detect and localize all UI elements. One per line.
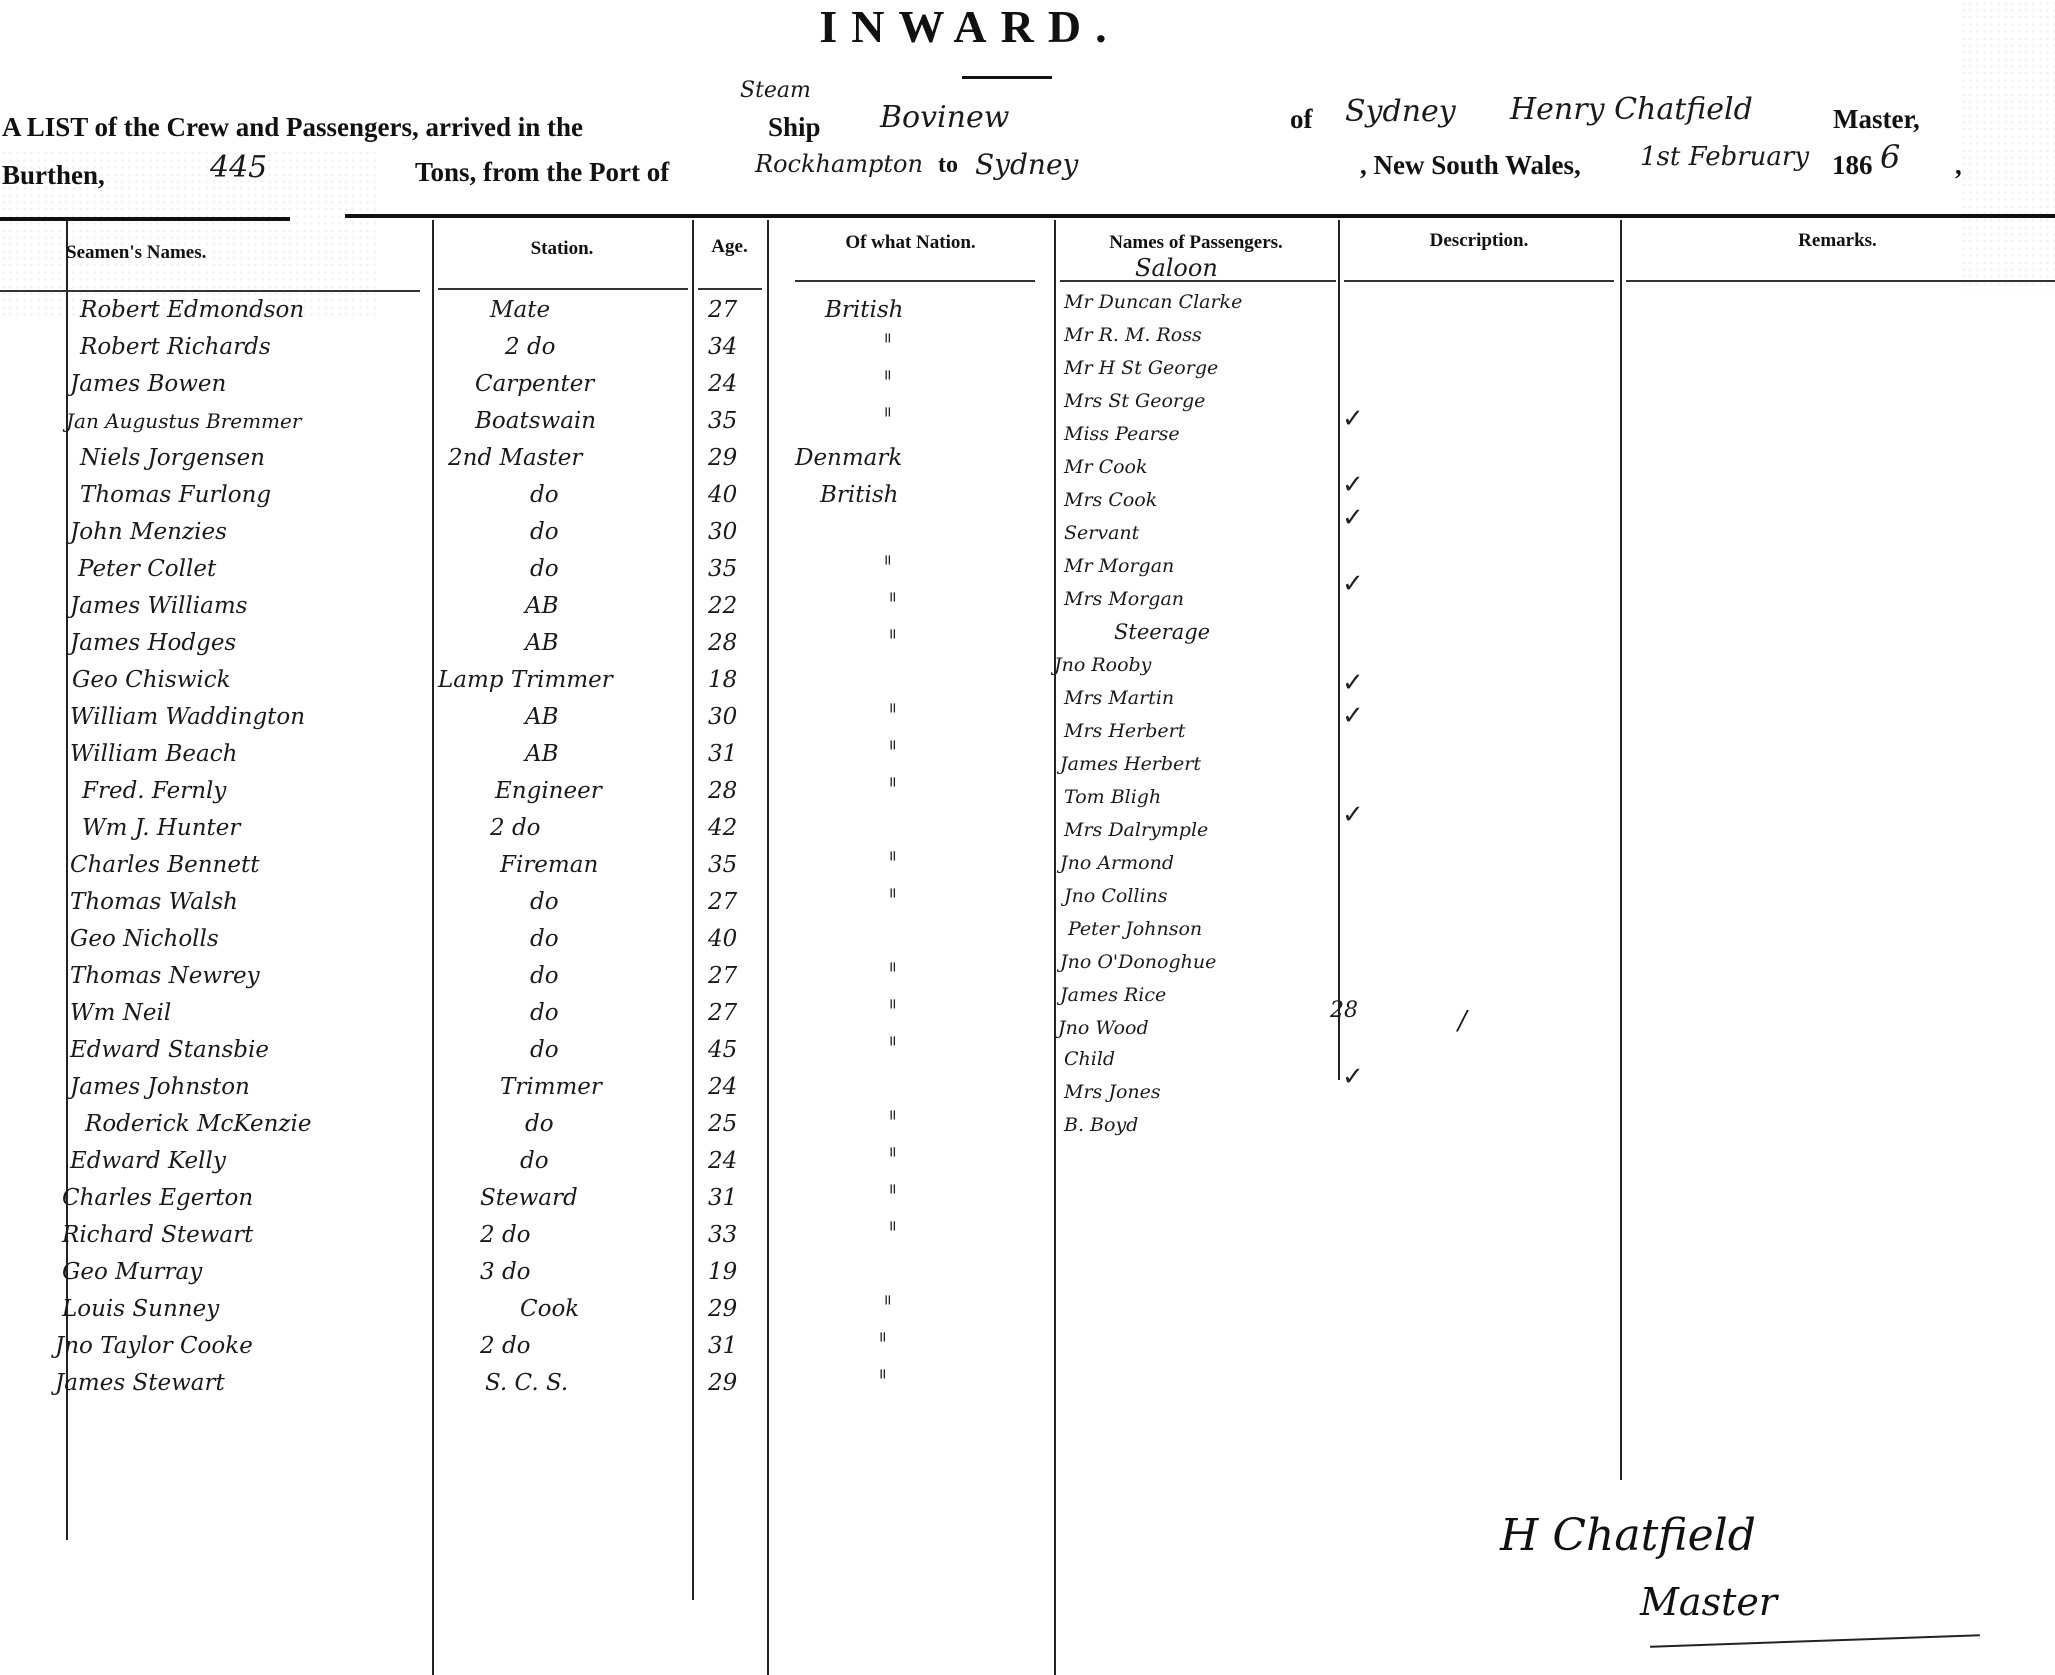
- of-label: of: [1290, 104, 1313, 135]
- column-header-passengers: Names of Passengers.: [1054, 232, 1338, 254]
- seaman-age: 24: [708, 1143, 737, 1180]
- passenger-name: Jno Rooby: [1054, 649, 1151, 682]
- seaman-nation-ditto: ": [884, 1291, 892, 1328]
- seaman-station: do: [530, 1032, 559, 1069]
- seaman-age: 22: [708, 588, 737, 625]
- seaman-age: 45: [708, 1032, 737, 1069]
- year-handwritten: 6: [1880, 138, 1900, 176]
- seaman-age: 27: [708, 958, 737, 995]
- passenger-name: Mr Duncan Clarke: [1064, 286, 1242, 319]
- seaman-name: James Stewart: [55, 1365, 225, 1402]
- seaman-age: 19: [708, 1254, 737, 1291]
- passenger-name: B. Boyd: [1064, 1109, 1138, 1142]
- passenger-section-saloon: Saloon: [1135, 254, 1218, 282]
- year-printed: 186: [1832, 150, 1873, 181]
- master-signature: H Chatfield: [1500, 1510, 1756, 1561]
- seaman-nation-ditto: ": [889, 1032, 897, 1069]
- seaman-station: Carpenter: [475, 366, 594, 403]
- seaman-nation-ditto: ": [889, 625, 897, 662]
- port-from: Rockhampton: [755, 150, 923, 178]
- master-label: Master,: [1833, 104, 1920, 135]
- seaman-age: 35: [708, 403, 737, 440]
- passenger-name: Jno O'Donoghue: [1060, 946, 1216, 979]
- seaman-age: 31: [708, 736, 737, 773]
- seaman-nation-ditto: ": [884, 329, 892, 366]
- title-underline: [962, 76, 1052, 79]
- seaman-age: 35: [708, 847, 737, 884]
- seaman-nation-ditto: ": [889, 1180, 897, 1217]
- seaman-station: do: [530, 958, 559, 995]
- check-mark-icon: ✓: [1342, 404, 1364, 434]
- seaman-station: do: [530, 551, 559, 588]
- seaman-name: Niels Jorgensen: [80, 440, 265, 477]
- column-header-seamen: Seamen's Names.: [66, 242, 246, 264]
- seaman-age: 40: [708, 477, 737, 514]
- seaman-name: Wm Neil: [70, 995, 171, 1032]
- seaman-name: James Hodges: [70, 625, 236, 662]
- seaman-name: Charles Egerton: [62, 1180, 253, 1217]
- column-line-remarks: [1620, 220, 1622, 1480]
- check-mark-icon: ✓: [1342, 668, 1364, 698]
- ship-of-port: Sydney: [1345, 94, 1456, 129]
- seaman-station: do: [525, 1106, 554, 1143]
- seaman-station: Steward: [480, 1180, 578, 1217]
- passenger-name: Mrs Cook: [1064, 484, 1157, 517]
- seaman-age: 30: [708, 514, 737, 551]
- seaman-name: James Bowen: [70, 366, 226, 403]
- passenger-name: Mrs Morgan: [1064, 583, 1184, 616]
- passenger-name: Jno Collins: [1064, 880, 1168, 913]
- passenger-name: Tom Bligh: [1064, 781, 1161, 814]
- seaman-name: Geo Nicholls: [70, 921, 219, 958]
- subheader-rule-nation: [795, 280, 1035, 282]
- seaman-nation-ditto: ": [889, 847, 897, 884]
- seaman-nation-ditto: ": [884, 403, 892, 440]
- check-mark-icon: ✓: [1342, 503, 1364, 533]
- seaman-station: 2 do: [480, 1328, 531, 1365]
- check-mark-icon: ✓: [1342, 800, 1364, 830]
- check-mark-icon: ✓: [1342, 1062, 1364, 1092]
- passenger-name: Mr H St George: [1064, 352, 1218, 385]
- seaman-age: 31: [708, 1328, 737, 1365]
- seaman-nation-ditto: ": [884, 366, 892, 403]
- seaman-station: 2 do: [490, 810, 541, 847]
- seaman-station: Fireman: [500, 847, 598, 884]
- seaman-station: Lamp Trimmer: [438, 662, 613, 699]
- seaman-name: Geo Murray: [62, 1254, 202, 1291]
- seaman-name: Jan Augustus Bremmer: [66, 403, 301, 440]
- header-rule: [345, 214, 2055, 218]
- seaman-name: William Waddington: [70, 699, 305, 736]
- seaman-age: 27: [708, 292, 737, 329]
- seaman-age: 24: [708, 1069, 737, 1106]
- tons-from-port-label: Tons, from the Port of: [415, 157, 669, 188]
- seaman-nation: British: [820, 477, 898, 514]
- seaman-name: Thomas Furlong: [80, 477, 271, 514]
- seaman-station: 2 do: [505, 329, 556, 366]
- seaman-age: 33: [708, 1217, 737, 1254]
- seaman-station: AB: [525, 736, 559, 773]
- seaman-nation-ditto: ": [889, 773, 897, 810]
- seaman-station: 2 do: [480, 1217, 531, 1254]
- seaman-name: Geo Chiswick: [72, 662, 231, 699]
- passenger-name: Jno Armond: [1060, 847, 1174, 880]
- seaman-name: Roderick McKenzie: [85, 1106, 312, 1143]
- seaman-name: Charles Bennett: [70, 847, 259, 884]
- nsw-label: , New South Wales,: [1360, 150, 1581, 181]
- seaman-name: Thomas Walsh: [70, 884, 238, 921]
- to-label: to: [938, 152, 958, 179]
- seaman-station: AB: [525, 699, 559, 736]
- seaman-name: William Beach: [70, 736, 237, 773]
- seaman-age: 27: [708, 884, 737, 921]
- seaman-age: 28: [708, 625, 737, 662]
- seaman-nation: British: [825, 292, 903, 329]
- seaman-station: Boatswain: [475, 403, 596, 440]
- seaman-nation-ditto: ": [889, 1143, 897, 1180]
- description-stroke: /: [1458, 1006, 1467, 1036]
- seaman-station: do: [530, 995, 559, 1032]
- seaman-age: 25: [708, 1106, 737, 1143]
- seaman-name: Robert Richards: [80, 329, 271, 366]
- seaman-age: 29: [708, 440, 737, 477]
- seaman-age: 42: [708, 810, 737, 847]
- seaman-name: Edward Stansbie: [70, 1032, 269, 1069]
- seaman-station: Mate: [490, 292, 550, 329]
- seaman-nation-ditto: ": [889, 699, 897, 736]
- ship-name: Bovinew: [880, 100, 1009, 135]
- seaman-nation: Denmark: [795, 440, 902, 477]
- seaman-station: Trimmer: [500, 1069, 602, 1106]
- seaman-nation-ditto: ": [879, 1328, 887, 1365]
- seaman-name: John Menzies: [70, 514, 227, 551]
- passenger-name: Servant: [1064, 517, 1139, 550]
- subheader-rule-station: [438, 288, 688, 290]
- seaman-station: S. C. S.: [485, 1365, 568, 1402]
- master-name: Henry Chatfield: [1510, 92, 1753, 127]
- passenger-name: Jno Wood: [1058, 1012, 1149, 1045]
- subheader-rule-passengers: [1060, 280, 1336, 282]
- seaman-nation-ditto: ": [889, 1217, 897, 1254]
- seaman-nation-ditto: ": [889, 995, 897, 1032]
- seaman-nation-ditto: ": [884, 551, 892, 588]
- seaman-station: 2nd Master: [448, 440, 582, 477]
- port-to: Sydney: [975, 148, 1078, 181]
- seaman-station: do: [530, 884, 559, 921]
- seaman-age: 29: [708, 1291, 737, 1328]
- seaman-age: 24: [708, 366, 737, 403]
- passenger-name: James Rice: [1060, 979, 1166, 1012]
- signature-underline: [1650, 1634, 1980, 1648]
- check-mark-icon: ✓: [1342, 569, 1364, 599]
- seaman-station: Engineer: [495, 773, 602, 810]
- ship-type-handwritten: Steam: [740, 78, 811, 103]
- seaman-name: Peter Collet: [78, 551, 216, 588]
- column-line-nation: [767, 220, 769, 1675]
- passenger-name: Peter Johnson: [1068, 913, 1202, 946]
- column-header-description: Description.: [1338, 230, 1620, 252]
- seaman-age: 29: [708, 1365, 737, 1402]
- subheader-rule-age: [698, 288, 762, 290]
- passenger-name: Mrs Martin: [1064, 682, 1174, 715]
- passenger-name: Child: [1064, 1043, 1115, 1076]
- seaman-age: 28: [708, 773, 737, 810]
- seaman-name: Fred. Fernly: [82, 773, 226, 810]
- description-note: 28: [1330, 998, 1358, 1023]
- seaman-age: 34: [708, 329, 737, 366]
- seaman-nation-ditto: ": [889, 1106, 897, 1143]
- seaman-station: 3 do: [480, 1254, 531, 1291]
- document-title: INWARD.: [800, 0, 1140, 53]
- seaman-age: 18: [708, 662, 737, 699]
- column-header-nation: Of what Nation.: [767, 232, 1054, 254]
- seaman-age: 27: [708, 995, 737, 1032]
- seaman-name: Thomas Newrey: [70, 958, 260, 995]
- column-line-station: [432, 220, 434, 1675]
- seaman-station: do: [530, 477, 559, 514]
- check-mark-icon: ✓: [1342, 470, 1364, 500]
- seaman-station: Cook: [520, 1291, 579, 1328]
- passenger-name: Mrs Herbert: [1064, 715, 1185, 748]
- seaman-name: Robert Edmondson: [80, 292, 304, 329]
- list-intro-text: A LIST of the Crew and Passengers, arriv…: [2, 112, 583, 143]
- seaman-nation-ditto: ": [889, 736, 897, 773]
- seaman-name: Richard Stewart: [62, 1217, 253, 1254]
- seaman-nation-ditto: ": [879, 1365, 887, 1402]
- passenger-name: Mr Cook: [1064, 451, 1148, 484]
- passenger-name: Mrs St George: [1064, 385, 1205, 418]
- seaman-name: Louis Sunney: [62, 1291, 219, 1328]
- arrival-date: 1st February: [1640, 142, 1809, 172]
- seaman-name: James Johnston: [70, 1069, 250, 1106]
- seaman-name: Edward Kelly: [70, 1143, 226, 1180]
- seaman-station: do: [520, 1143, 549, 1180]
- seaman-nation-ditto: ": [889, 588, 897, 625]
- passenger-name: Mrs Dalrymple: [1064, 814, 1208, 847]
- seaman-age: 35: [708, 551, 737, 588]
- column-header-remarks: Remarks.: [1620, 230, 2055, 252]
- ship-label: Ship: [768, 112, 821, 143]
- seaman-name: James Williams: [70, 588, 247, 625]
- column-line-age: [692, 220, 694, 1600]
- seaman-name: Wm J. Hunter: [82, 810, 240, 847]
- passenger-section-steerage: Steerage: [1114, 616, 1210, 649]
- column-line-passengers: [1054, 220, 1056, 1675]
- passenger-name: Mr Morgan: [1064, 550, 1174, 583]
- passenger-name: James Herbert: [1060, 748, 1201, 781]
- seaman-name: Jno Taylor Cooke: [55, 1328, 253, 1365]
- column-header-station: Station.: [432, 238, 692, 260]
- seaman-age: 40: [708, 921, 737, 958]
- passenger-name: Mrs Jones: [1064, 1076, 1161, 1109]
- subheader-rule-remarks: [1626, 280, 2055, 282]
- column-line-description: [1338, 220, 1340, 1080]
- column-header-age: Age.: [692, 236, 767, 258]
- seaman-station: do: [530, 921, 559, 958]
- seaman-station: do: [530, 514, 559, 551]
- seaman-age: 31: [708, 1180, 737, 1217]
- seaman-nation-ditto: ": [889, 958, 897, 995]
- seaman-nation-ditto: ": [889, 884, 897, 921]
- check-mark-icon: ✓: [1342, 701, 1364, 731]
- subheader-rule-description: [1344, 280, 1614, 282]
- passenger-name: Miss Pearse: [1064, 418, 1180, 451]
- seaman-age: 30: [708, 699, 737, 736]
- header-rule-left: [0, 217, 290, 221]
- master-signature-title: Master: [1640, 1580, 1777, 1624]
- seaman-station: AB: [525, 625, 559, 662]
- seaman-station: AB: [525, 588, 559, 625]
- passenger-name: Mr R. M. Ross: [1064, 319, 1202, 352]
